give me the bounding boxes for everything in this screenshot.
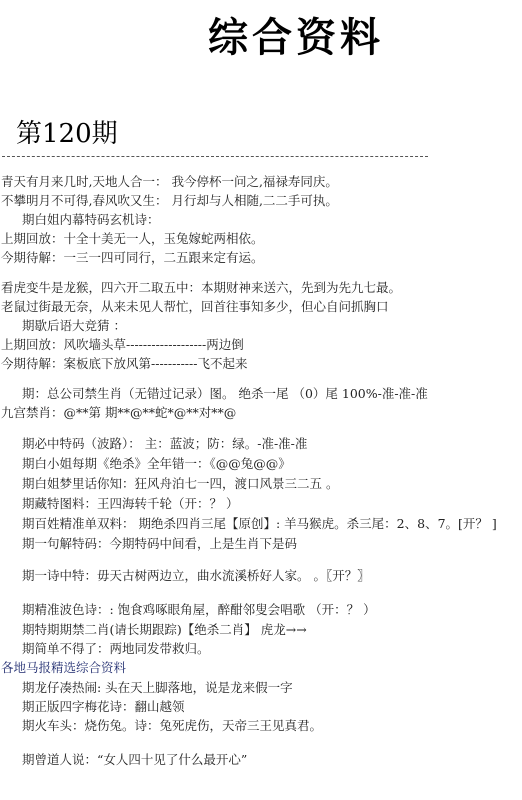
- taoist-saying-line: 期曾道人说：“女人四十见了什么最开心”: [22, 752, 247, 768]
- dragon-line: 期龙仔凑热闹: 头在天上脚落地，说是龙来假一字: [22, 680, 293, 696]
- previous-answer-line: 上期回放：十全十美无一人，玉兔嫁蛇两相依。: [1, 231, 264, 247]
- page-title: 综合资料: [208, 14, 384, 62]
- one-sentence-line: 期一句解特码：今期特码中间看，上是生肖下是码: [22, 536, 297, 552]
- wave-color-line: 期必中特码（波路）： 主：蓝波；防：绿。-准-准-准: [22, 436, 307, 452]
- poem-line-1: 青天有月来几时,天地人合一： 我今停杯一问之,福禄寿同庆。: [1, 174, 338, 190]
- odd-even-line: 期百姓精准单双料： 期绝杀四肖三尾【原创】: 羊马猴虎。杀三尾：2、8、7。[开…: [22, 516, 497, 532]
- simple-line: 期简单不得了：两地同发带救归。: [22, 641, 210, 657]
- verse-line-2: 老鼠过街最无奈，从来未见人帮忙，回首往事知多少，但心自问抓胸口: [1, 299, 389, 315]
- section-heading-horse-papers: 各地马报精选综合资料: [1, 660, 126, 676]
- wave-color-poem-line: 期精准波色诗：: 饱食鸡啄眼角屋，醉酣邻叟会唱歌 （开：？ ）: [22, 602, 376, 618]
- two-zodiac-line: 期特期期禁二肖(请长期跟踪)【绝杀二肖】 虎龙→→: [22, 622, 307, 638]
- nine-palace-line: 九宫禁肖：@**第 期**@**蛇*@**对**@: [1, 405, 236, 421]
- yearly-kill-line: 期白小姐每期《绝杀》全年错一：《@@兔@@》: [22, 456, 291, 472]
- train-head-line: 期火车头：烧伤兔。诗：兔死虎伤，天帝三王见真君。: [22, 718, 322, 734]
- plum-poem-line: 期正版四字梅花诗：翻山越领: [22, 699, 185, 715]
- forbidden-zodiac-line: 期：总公司禁生肖（无错过记录）图。 绝杀一尾 （0）尾 100%-准-准-准: [22, 386, 428, 402]
- section-heading-riddle-poem: 期白姐内幕特码玄机诗：: [22, 212, 160, 228]
- proverb-previous-answer: 上期回放：风吹墙头草-------------------两边倒: [1, 337, 244, 353]
- section-heading-proverb-guess: 期歇后语大竞猜 ：: [22, 318, 126, 334]
- verse-line-1: 看虎变牛是龙猴，四六开二取五中：本期财神来送六，先到为先九七最。: [1, 280, 401, 296]
- divider: [2, 156, 428, 157]
- hidden-picture-line: 期藏特图料：王四海转千轮（开：？ ）: [22, 496, 238, 512]
- poem-line-2: 不攀明月不可得,春风吹又生： 月行却与人相随,二二手可执。: [1, 193, 338, 209]
- current-riddle-line: 今期待解：一三一四可同行，二五跟来定有运。: [1, 250, 264, 266]
- issue-title: 第120期: [16, 118, 118, 150]
- one-poem-line: 期一诗中特：毋天古树两边立，曲水流溪桥好人家。 。〖开？〗: [22, 568, 370, 584]
- dream-talk-line: 期白姐梦里话你知：狂风舟泊七一四，渡口风景三二五 。: [22, 476, 338, 492]
- proverb-current-riddle: 今期待解：案板底下放风第-----------飞不起来: [1, 356, 247, 372]
